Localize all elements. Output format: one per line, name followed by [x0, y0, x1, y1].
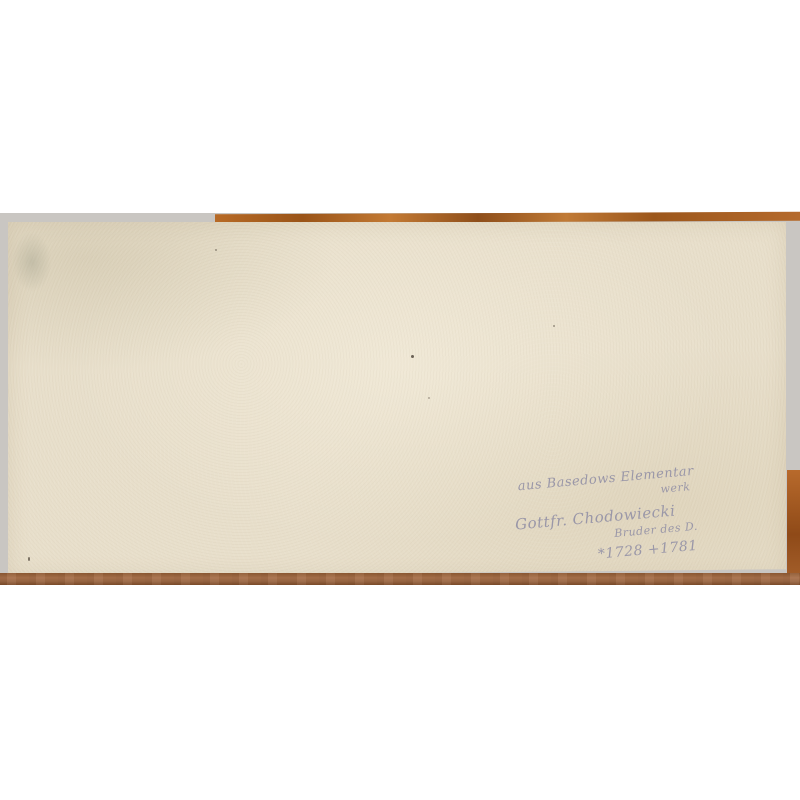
paper-speck [28, 557, 30, 561]
paper-speck [215, 249, 217, 251]
paper-speck [428, 397, 430, 399]
paper-speck [553, 325, 555, 327]
inscription-line-dates: *1728 +1781 [597, 538, 698, 563]
wooden-frame-bottom [0, 573, 800, 585]
inscription-line-source-cont: werk [660, 480, 691, 496]
paper-speck [411, 355, 414, 358]
